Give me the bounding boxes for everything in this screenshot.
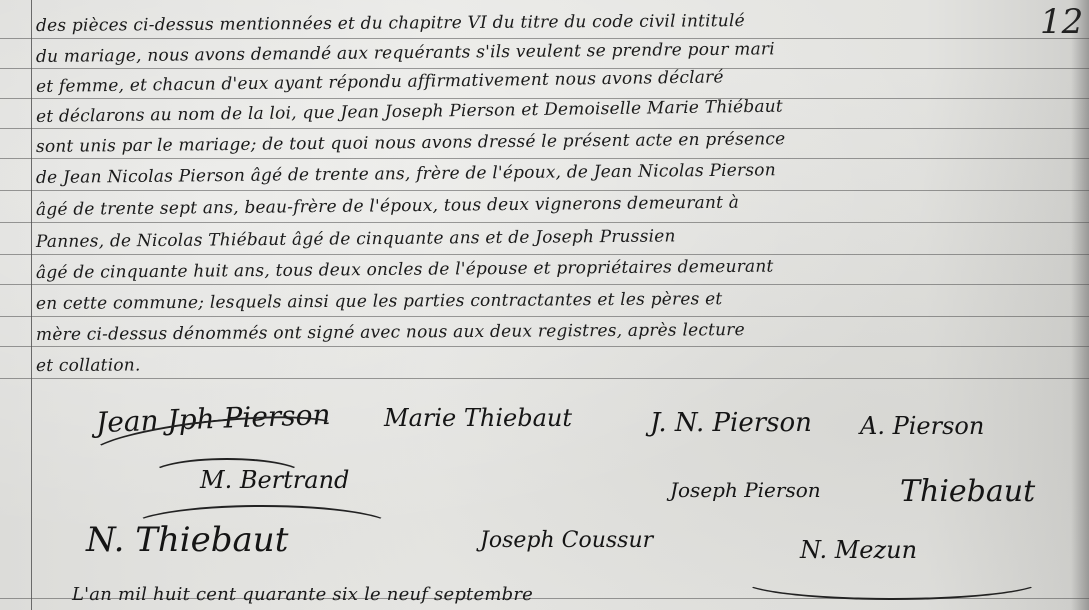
- next-entry-line: L'an mil huit cent quarante six le neuf …: [72, 584, 533, 605]
- ruled-line: [0, 222, 1089, 223]
- ruled-line: [0, 316, 1089, 317]
- body-line-2: du mariage, nous avons demandé aux requé…: [36, 39, 775, 67]
- body-line-12: et collation.: [36, 355, 141, 376]
- register-page: 12 des pièces ci-dessus mentionnées et d…: [0, 0, 1089, 610]
- body-line-1: des pièces ci-dessus mentionnées et du c…: [36, 11, 745, 36]
- body-line-6: de Jean Nicolas Pierson âgé de trente an…: [36, 160, 776, 188]
- ruled-line: [0, 98, 1089, 99]
- body-line-9: âgé de cinquante huit ans, tous deux onc…: [36, 257, 774, 283]
- ruled-line: [0, 190, 1089, 191]
- signature-flourish: [740, 560, 1044, 600]
- signature: Thiebaut: [900, 474, 1035, 509]
- signature: Joseph Coussur: [480, 528, 653, 553]
- body-line-4: et déclarons au nom de la loi, que Jean …: [36, 97, 783, 127]
- ruled-line: [0, 254, 1089, 255]
- signature: A. Pierson: [860, 412, 984, 440]
- body-line-11: mère ci-dessus dénommés ont signé avec n…: [36, 320, 745, 345]
- ruled-line: [0, 128, 1089, 129]
- signature: Joseph Pierson: [670, 478, 821, 502]
- signature: J. N. Pierson: [650, 408, 812, 438]
- body-line-7: âgé de trente sept ans, beau-frère de l'…: [36, 193, 739, 220]
- signature-flourish: [150, 458, 304, 492]
- body-line-8: Pannes, de Nicolas Thiébaut âgé de cinqu…: [36, 226, 676, 252]
- ruled-line: [0, 68, 1089, 69]
- body-line-5: sont unis par le mariage; de tout quoi n…: [36, 129, 786, 157]
- signature: Marie Thiebaut: [384, 404, 572, 432]
- ruled-line: [0, 158, 1089, 159]
- signature-flourish: [130, 505, 394, 549]
- ruled-line: [0, 284, 1089, 285]
- page-edge-shadow: [1071, 0, 1089, 610]
- body-line-10: en cette commune; lesquels ainsi que les…: [36, 289, 723, 314]
- margin-rule: [31, 0, 32, 610]
- ruled-line: [0, 38, 1089, 39]
- ruled-line: [0, 346, 1089, 347]
- ruled-line: [0, 378, 1089, 379]
- page-marker: 12: [1040, 2, 1083, 42]
- body-line-3: et femme, et chacun d'eux ayant répondu …: [36, 67, 724, 97]
